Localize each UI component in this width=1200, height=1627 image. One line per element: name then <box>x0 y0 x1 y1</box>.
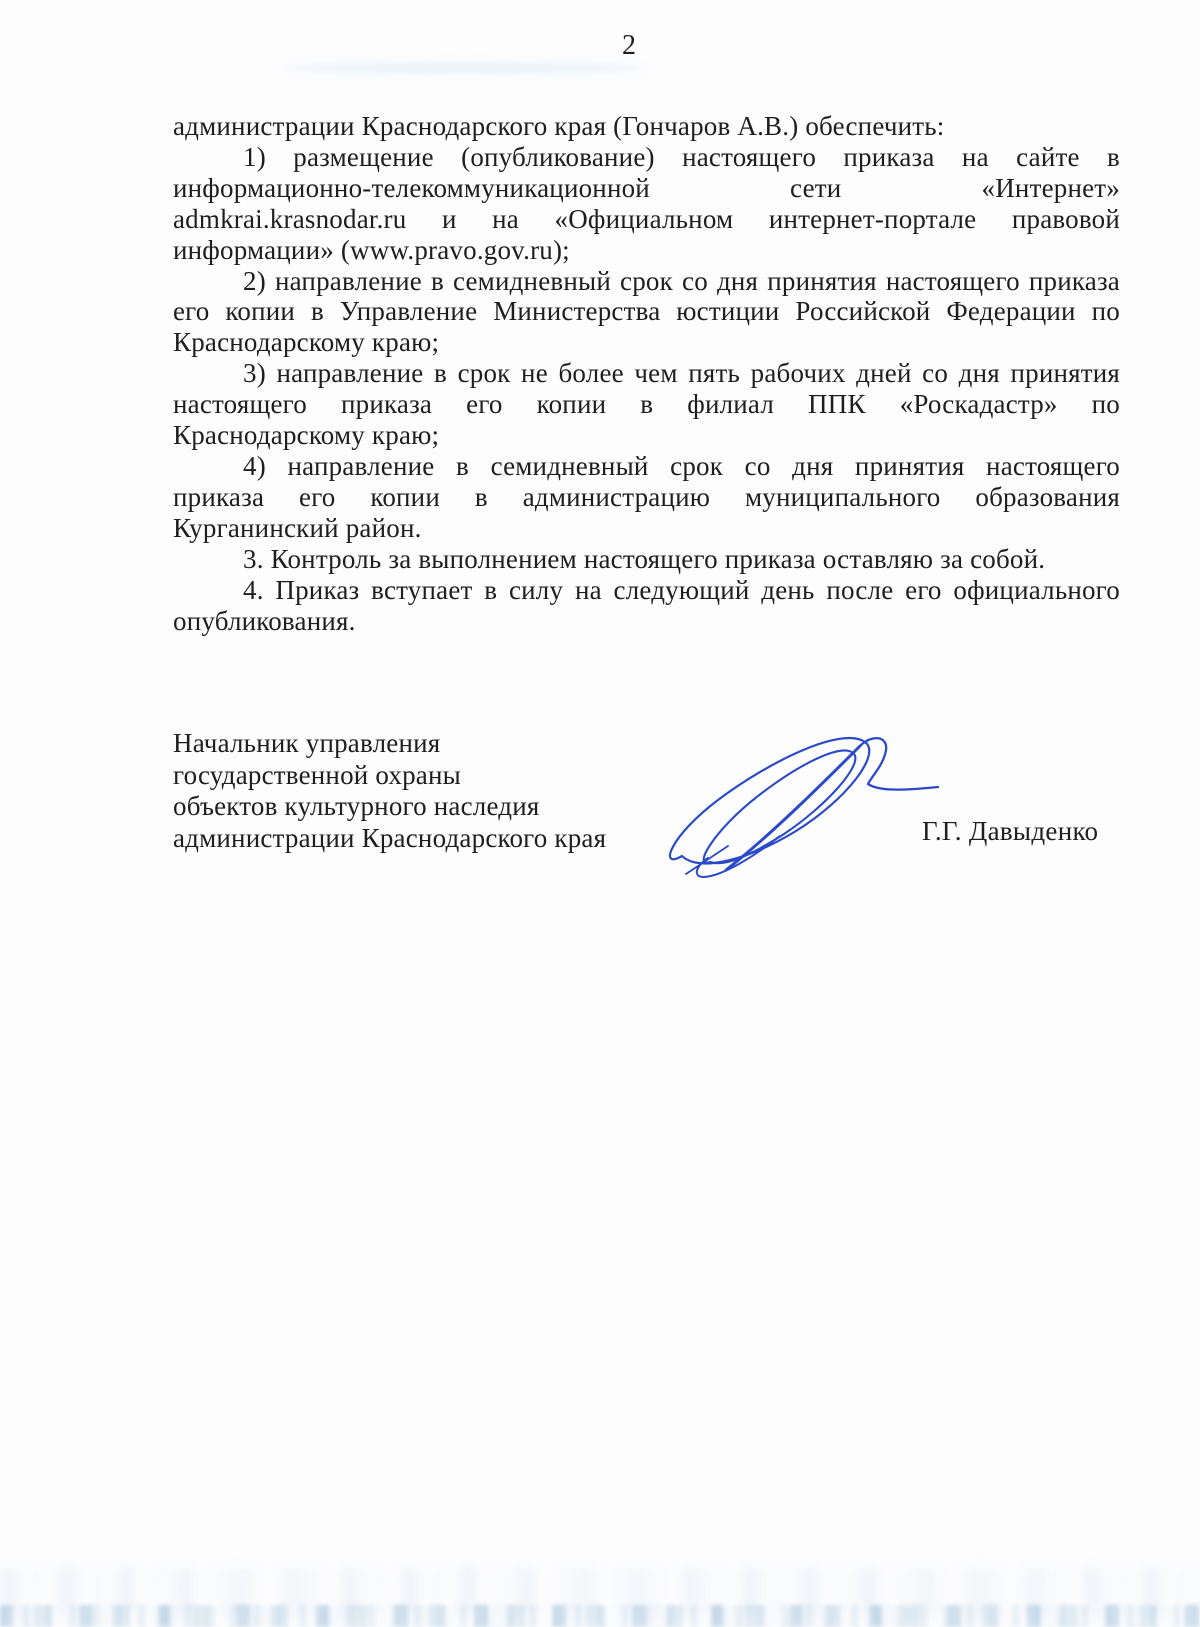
item-2-line-3: Краснодарскому краю; <box>173 327 1120 358</box>
item-4-line-1: 4) направление в семидневный срок со дня… <box>173 451 1120 482</box>
clause-4-line-2: опубликования. <box>173 606 1120 637</box>
clause-3-line: 3. Контроль за выполнением настоящего пр… <box>173 544 1120 575</box>
position-line-2: государственной охраны <box>173 760 606 792</box>
position-line-4: администрации Краснодарского края <box>173 823 606 855</box>
item-1-line-4: информации» (www.pravo.gov.ru); <box>173 235 1120 266</box>
item-3-line-2: настоящего приказа его копии в филиал ПП… <box>173 389 1120 420</box>
item-1-line-1: 1) размещение (опубликование) настоящего… <box>173 142 1120 173</box>
item-1-line-3: admkrai.krasnodar.ru и на «Официальном и… <box>173 204 1120 235</box>
clause-4: 4. Приказ вступает в силу на следующий д… <box>173 575 1120 637</box>
position-line-1: Начальник управления <box>173 728 606 760</box>
clause-4-line-1: 4. Приказ вступает в силу на следующий д… <box>173 575 1120 606</box>
scan-smudge-artifact <box>285 63 645 73</box>
list-item-4: 4) направление в семидневный срок со дня… <box>173 451 1120 544</box>
position-line-3: объектов культурного наследия <box>173 791 606 823</box>
item-1-line-2: информационно-телекоммуникационной сети … <box>173 173 1120 204</box>
scanned-document-page: 2 администрации Краснодарского края (Гон… <box>0 0 1200 1627</box>
scan-edge-artifact <box>0 1605 1200 1627</box>
document-body: администрации Краснодарского края (Гонча… <box>173 111 1120 636</box>
signature-position-title: Начальник управления государственной охр… <box>173 728 606 854</box>
list-item-1: 1) размещение (опубликование) настоящего… <box>173 142 1120 266</box>
item-2-line-2: его копии в Управление Министерства юсти… <box>173 296 1120 327</box>
item-2-line-1: 2) направление в семидневный срок со дня… <box>173 266 1120 297</box>
item-4-line-2: приказа его копии в администрацию муници… <box>173 482 1120 513</box>
list-item-2: 2) направление в семидневный срок со дня… <box>173 266 1120 359</box>
item-3-line-3: Краснодарскому краю; <box>173 420 1120 451</box>
list-item-3: 3) направление в срок не более чем пять … <box>173 358 1120 451</box>
handwritten-signature-icon <box>630 718 970 883</box>
page-number: 2 <box>622 32 636 60</box>
signer-name: Г.Г. Давыденко <box>922 816 1098 847</box>
intro-line: администрации Краснодарского края (Гонча… <box>173 111 1120 142</box>
item-3-line-1: 3) направление в срок не более чем пять … <box>173 358 1120 389</box>
item-4-line-3: Курганинский район. <box>173 513 1120 544</box>
